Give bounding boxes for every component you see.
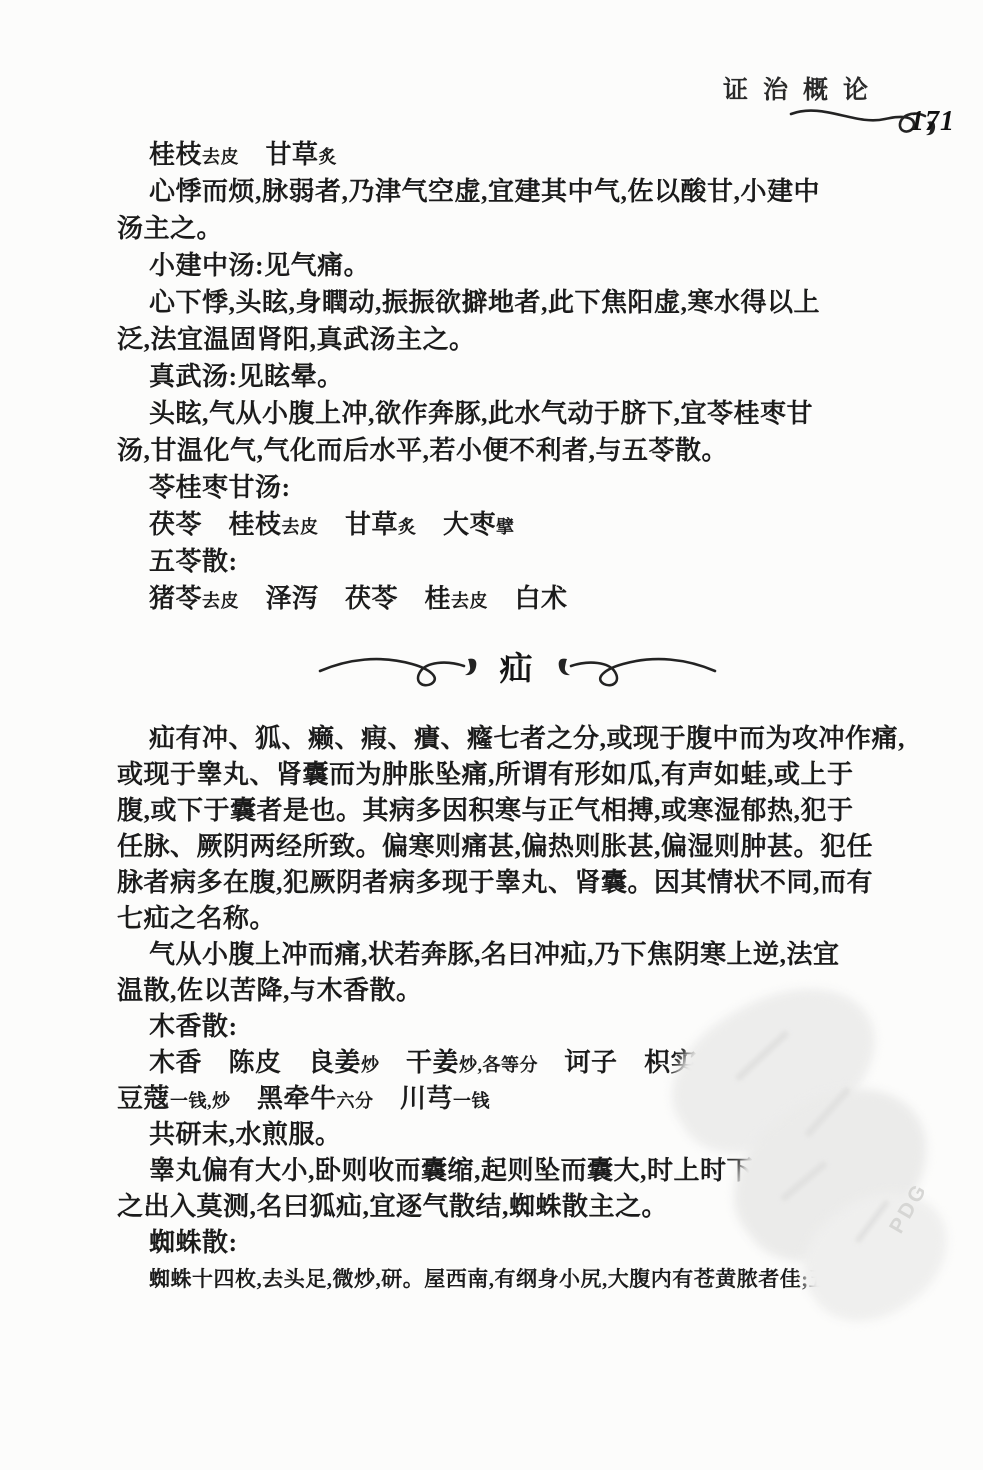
body-text: 之出入莫测,名曰狐疝,宜逐气散结,蜘蛛散主之。 [117, 1192, 668, 1221]
body-text: 干姜 [380, 1048, 460, 1077]
body-text [239, 140, 266, 169]
body-text: 脉者病多在腹,犯厥阴者病多现于睾丸、肾囊。因其情状不同,而有 [117, 868, 873, 897]
text-line: 温散,佐以苦降,与木香散。 [117, 973, 917, 1009]
text-line: 豆蔻一钱,炒 黑牵牛六分 川芎一钱 [117, 1081, 917, 1117]
body-text: 泽泻 茯苓 桂 [239, 584, 451, 613]
text-line: 七疝之名称。 [117, 901, 917, 937]
body-text: 气从小腹上冲而痛,状若奔豚,名曰冲疝,乃下焦阴寒上逆,法宜 [149, 940, 840, 969]
text-line: 心悸而烦,脉弱者,乃津气空虚,宜建其中气,佐以酸甘,小建中 [117, 173, 917, 210]
body-text: 睾丸偏有大小,卧则收而囊缩,起则坠而囊大,时上时下,如狐狸 [149, 1156, 840, 1185]
text-line: 木香散: [117, 1009, 917, 1045]
text-line: 腹,或下于囊者是也。其病多因积寒与正气相搏,或寒湿郁热,犯于 [117, 793, 917, 829]
text-line: 真武汤:见眩晕。 [117, 358, 917, 395]
text-line: 汤,甘温化气,气化而后水平,若小便不利者,与五苓散。 [117, 432, 917, 469]
body-text: 白术 [488, 584, 568, 613]
section-area: 疝 疝有冲、狐、癞、瘕、㿉、癃七者之分,或现于腹中而为攻冲作痛,或现于睾丸、肾囊… [117, 617, 917, 1297]
body-text: 真武汤:见眩晕。 [149, 362, 344, 391]
body-text: 茯苓 桂枝 [149, 510, 282, 539]
annotation-text: 炒,各等分 [459, 1055, 538, 1075]
body-text: 温散,佐以苦降,与木香散。 [117, 976, 423, 1005]
body-text: 木香散: [149, 1012, 238, 1041]
annotation-text: 炙 [319, 147, 338, 167]
annotation-text: 去皮 [202, 147, 239, 167]
text-line: 脉者病多在腹,犯厥阴者病多现于睾丸、肾囊。因其情状不同,而有 [117, 865, 917, 901]
body-text: 泛,法宜温固肾阳,真武汤主之。 [117, 325, 476, 354]
text-line: 睾丸偏有大小,卧则收而囊缩,起则坠而囊大,时上时下,如狐狸 [117, 1153, 917, 1189]
text-line: 共研末,水煎服。 [117, 1117, 917, 1153]
text-line: 猪苓去皮 泽泻 茯苓 桂去皮 白术 [117, 580, 917, 617]
body-text: 共研末,水煎服。 [149, 1120, 342, 1149]
body-text: 七疝之名称。 [117, 904, 276, 933]
body-text: 川芎 [374, 1084, 454, 1113]
body-text: 头眩,气从小腹上冲,欲作奔豚,此水气动于脐下,宜苓桂枣甘 [149, 399, 813, 428]
body-text: 大枣 [417, 510, 497, 539]
body-text: 疝有冲、狐、癞、瘕、㿉、癃七者之分,或现于腹中而为攻冲作痛, [149, 724, 905, 753]
text-line: 之出入莫测,名曰狐疝,宜逐气散结,蜘蛛散主之。 [117, 1189, 917, 1225]
annotation-text: 炒 [361, 1055, 380, 1075]
annotation-text: 去皮 [202, 591, 239, 611]
text-line: 蜘蛛散: [117, 1225, 917, 1261]
text-line: 小建中汤:见气痛。 [117, 247, 917, 284]
text-block-lower: 疝有冲、狐、癞、瘕、㿉、癃七者之分,或现于腹中而为攻冲作痛,或现于睾丸、肾囊而为… [117, 721, 917, 1297]
text-line: 五苓散: [117, 543, 917, 580]
body-text: 或现于睾丸、肾囊而为肿胀坠痛,所谓有形如瓜,有声如蛙,或上于 [117, 760, 854, 789]
text-line: 任脉、厥阴两经所致。偏寒则痛甚,偏热则胀甚,偏湿则肿甚。犯任 [117, 829, 917, 865]
body-text: 小建中汤:见气痛。 [149, 251, 370, 280]
body-text: 汤主之。 [117, 214, 223, 243]
annotation-text: 各一钱五分 [697, 1055, 790, 1075]
body-text: 心下悸,头眩,身瞤动,振振欲擗地者,此下焦阳虚,寒水得以上 [149, 288, 820, 317]
text-line: 心下悸,头眩,身瞤动,振振欲擗地者,此下焦阳虚,寒水得以上 [117, 284, 917, 321]
body-text: 汤,甘温化气,气化而后水平,若小便不利者,与五苓散。 [117, 436, 728, 465]
text-line: 苓桂枣甘汤: [117, 469, 917, 506]
text-line: 木香 陈皮 良姜炒 干姜炒,各等分 诃子 枳实各一钱五分 [117, 1045, 917, 1081]
annotation-text: 去皮 [451, 591, 488, 611]
body-text: 甘草 [319, 510, 399, 539]
body-text: 黑牵牛 [231, 1084, 337, 1113]
annotation-text: 一钱 [453, 1091, 490, 1111]
flourish-right-icon [549, 643, 717, 689]
body-text: 任脉、厥阴两经所致。偏寒则痛甚,偏热则胀甚,偏湿则肿甚。犯任 [117, 832, 873, 861]
body-text: 猪苓 [149, 584, 202, 613]
body-text: 心悸而烦,脉弱者,乃津气空虚,宜建其中气,佐以酸甘,小建中 [149, 177, 820, 206]
body-text: 桂枝 [149, 140, 202, 169]
annotation-text: 炙 [398, 517, 417, 537]
text-line: 头眩,气从小腹上冲,欲作奔豚,此水气动于脐下,宜苓桂枣甘 [117, 395, 917, 432]
text-line: 汤主之。 [117, 210, 917, 247]
body-text: 苓桂枣甘汤: [149, 473, 291, 502]
annotation-text: 六分 [337, 1091, 374, 1111]
body-text: 蜘蛛散: [149, 1228, 238, 1257]
flourish-left-icon [318, 643, 486, 689]
book-page: 证治概论 171 桂枝去皮 甘草炙心悸而烦,脉弱者,乃津气空虚,宜建其中气,佐以… [0, 0, 983, 1470]
page-number: 171 [910, 106, 955, 138]
text-line: 或现于睾丸、肾囊而为肿胀坠痛,所谓有形如瓜,有声如蛙,或上于 [117, 757, 917, 793]
text-line: 桂枝去皮 甘草炙 [117, 136, 917, 173]
body-text: 甘草 [266, 140, 319, 169]
body-text: 蜘蛛十四枚,去头足,微炒,研。屋西南,有纲身小尻,大腹内有苍黄脓者佳;五色, [149, 1267, 858, 1291]
annotation-text: 去皮 [282, 517, 319, 537]
annotation-text: 一钱,炒 [170, 1091, 231, 1111]
text-line: 疝有冲、狐、癞、瘕、㿉、癃七者之分,或现于腹中而为攻冲作痛, [117, 721, 917, 757]
text-line: 泛,法宜温固肾阳,真武汤主之。 [117, 321, 917, 358]
text-line: 蜘蛛十四枚,去头足,微炒,研。屋西南,有纲身小尻,大腹内有苍黄脓者佳;五色, [117, 1261, 917, 1297]
text-block-upper: 桂枝去皮 甘草炙心悸而烦,脉弱者,乃津气空虚,宜建其中气,佐以酸甘,小建中汤主之… [117, 136, 917, 617]
text-line: 气从小腹上冲而痛,状若奔豚,名曰冲疝,乃下焦阴寒上逆,法宜 [117, 937, 917, 973]
annotation-text: 擘 [496, 517, 515, 537]
text-line: 茯苓 桂枝去皮 甘草炙 大枣擘 [117, 506, 917, 543]
body-text: 五苓散: [149, 547, 238, 576]
body-text: 诃子 枳实 [538, 1048, 697, 1077]
body-text: 腹,或下于囊者是也。其病多因积寒与正气相搏,或寒湿郁热,犯于 [117, 796, 854, 825]
section-title: 疝 [500, 643, 535, 690]
body-text: 木香 陈皮 良姜 [149, 1048, 361, 1077]
body-text: 豆蔻 [117, 1084, 170, 1113]
section-heading: 疝 [117, 637, 917, 695]
